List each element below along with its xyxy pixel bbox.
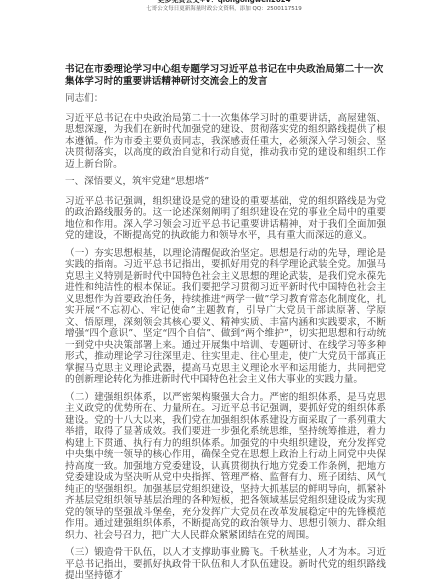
page-header: 更多免费公文+V：qiongongwen2024 七哥公文每日更新海量时政公文资… xyxy=(0,0,448,13)
section-heading-1: 一、深悟要义，筑牢党建“思想塔” xyxy=(65,176,386,188)
paragraph-section-1-intro: 习近平总书记强调，组织建设是党的建设的重要基础，党的组织路线是为党的政治路线服务… xyxy=(65,196,386,242)
salutation: 同志们： xyxy=(65,93,386,105)
paragraph-subsection-2: （二）建强组织体系，以严密架构聚强大合力。严密的组织体系，是马克思主义政党的优势… xyxy=(65,392,386,542)
header-promo-line: 更多免费公文+V：qiongongwen2024 xyxy=(0,0,448,4)
header-contact-line: 七哥公文每日更新海量时政公文资料，添加 QQ：2500117519 xyxy=(0,5,448,13)
document-body: 书记在市委理论学习中心组专题学习习近平总书记在中央政治局第二十一次集体学习时的重… xyxy=(65,64,386,580)
paragraph-intro: 习近平总书记在中央政治局第二十一次集体学习时的重要讲话，高屋建瓴、思想深邃，为我… xyxy=(65,113,386,171)
paragraph-subsection-1: （一）夯实思想根基，以理论清醒促政治坚定。思想是行动的先导，理论是实践的指南。习… xyxy=(65,248,386,386)
document-title: 书记在市委理论学习中心组专题学习习近平总书记在中央政治局第二十一次集体学习时的重… xyxy=(65,64,386,87)
paragraph-subsection-3: （三）锻造骨干队伍，以人才支撑助事业腾飞。千秋基业，人才为本。习近平总书记指出，… xyxy=(65,547,386,580)
